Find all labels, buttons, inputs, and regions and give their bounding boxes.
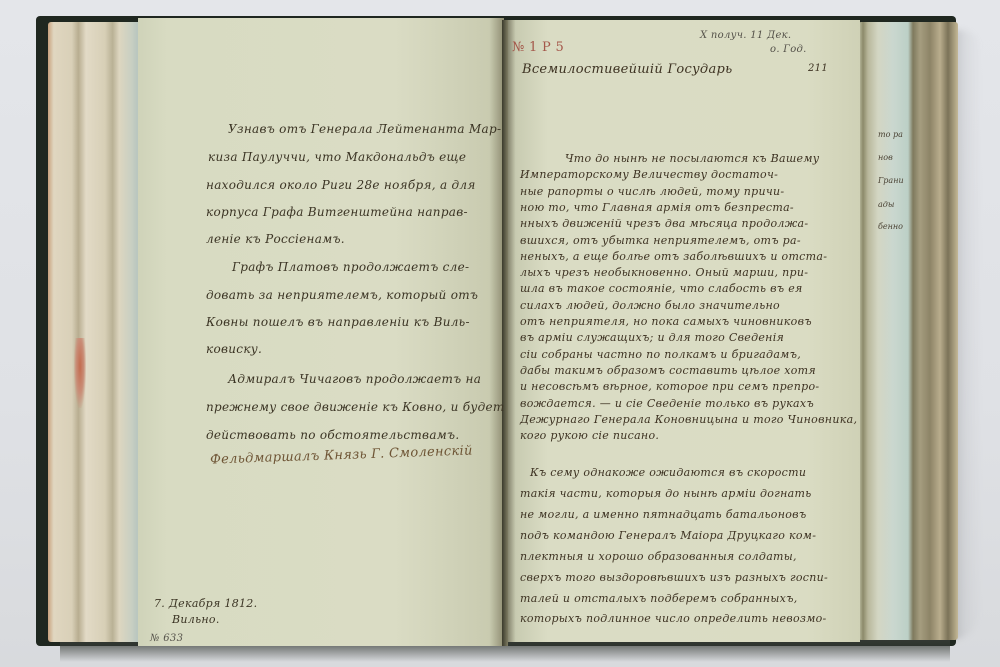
date-line: 7. Декабря 1812. <box>154 597 257 610</box>
right-line: въ армiи служащихъ; и для того Сведенiя <box>520 331 784 344</box>
right-line: отъ неприятеля, но пока самыхъ чиновнико… <box>520 315 812 328</box>
left-line: корпуса Графа Витгенштейна направ- <box>206 205 468 219</box>
right-line: такiя части, которыя до нынѣ армiи догна… <box>520 487 812 500</box>
right-line: кого рукою сiе писано. <box>520 429 659 442</box>
left-line: ленie къ Россiенамъ. <box>206 232 345 246</box>
right-line: нныхъ движенiй чрезъ два мѣсяца продолжа… <box>520 217 808 230</box>
right-line: ные рапорты о числѣ людей, тому причи- <box>520 185 784 198</box>
left-line: действовать по обстоятельствамъ. <box>206 428 459 442</box>
right-line: не могли, а именно пятнадцать батальонов… <box>520 508 807 521</box>
right-line: которыхъ подлинное число определить нево… <box>520 612 827 625</box>
page-stack-left <box>48 22 143 642</box>
left-line: прежнему свое движенiе къ Ковно, и будет <box>206 400 505 414</box>
left-line: киза Паулуччи, что Макдональдъ еще <box>208 150 466 164</box>
right-line: Къ сему однакоже ожидаются въ скорости <box>530 466 806 479</box>
left-line: находился около Риги 28е ноября, а для <box>206 178 476 192</box>
right-line: Императорскому Величеству достаточ- <box>520 168 778 181</box>
left-line: Графъ Платовъ продолжаетъ сле- <box>232 260 469 274</box>
salutation: Всемилостивейшiй Государь <box>522 62 733 77</box>
right-line: лыхъ чрезъ необыкновенно. Оный марши, пр… <box>520 266 808 279</box>
right-line: Что до нынѣ не посылаются къ Вашему <box>565 152 819 165</box>
right-line: подъ командою Генералъ Маiора Друцкаго к… <box>520 529 816 542</box>
right-line: талей и отсталыхъ подберемъ собранныхъ, <box>520 592 798 605</box>
folio-number: 211 <box>808 63 828 74</box>
red-seal-stain <box>74 338 86 408</box>
right-line: и несовсѣмъ вѣрное, которое при семъ пре… <box>520 380 819 393</box>
header-mark: № 1 Р 5 <box>512 40 564 55</box>
margin-ink: нов <box>878 153 893 162</box>
right-line: сiи собраны частно по полкамъ и бригадам… <box>520 348 801 361</box>
book-gutter <box>502 20 508 646</box>
page-stack-right <box>858 22 958 640</box>
left-line: Адмиралъ Чичаговъ продолжаетъ на <box>228 372 481 386</box>
right-line: вождается. — и сiе Сведенiе только въ ру… <box>520 397 814 410</box>
left-line: довать за неприятелемъ, который отъ <box>206 288 478 302</box>
right-line: ною то, что Главная армiя отъ безпреста- <box>520 201 794 214</box>
right-line: силахъ людей, должно было значительно <box>520 299 780 312</box>
left-line: Узнавъ отъ Генерала Лейтенанта Мар- <box>228 122 501 136</box>
margin-ink: то ра <box>878 130 903 139</box>
pencil-note: Х получ. 11 Дек. <box>700 30 791 41</box>
left-line: Ковны пошелъ въ направленiи къ Виль- <box>206 315 470 329</box>
left-line: ковиску. <box>206 342 262 356</box>
margin-ink: бенно <box>878 222 903 231</box>
right-line: сверхъ того выздоровѣвшихъ изъ разныхъ г… <box>520 571 828 584</box>
right-line: дабы такимъ образомъ составить цѣлое хот… <box>520 364 816 377</box>
archive-number: № 633 <box>150 633 183 644</box>
margin-ink: Грани <box>878 176 904 185</box>
right-line: плектныя и хорошо образованныя солдаты, <box>520 550 797 563</box>
pencil-note: о. Год. <box>770 44 807 55</box>
margin-ink: ады <box>878 200 894 209</box>
right-line: Дежурнаго Генерала Коновницына и того Чи… <box>520 413 857 426</box>
right-line: шла въ такое состоянiе, что слабость въ … <box>520 282 803 295</box>
place-line: Вильно. <box>172 613 220 626</box>
right-line: неныхъ, а еще болѣе отъ заболѣвшихъ и от… <box>520 250 827 263</box>
left-page <box>138 18 504 646</box>
right-line: вшихся, отъ убытка неприятелемъ, отъ ра- <box>520 234 801 247</box>
